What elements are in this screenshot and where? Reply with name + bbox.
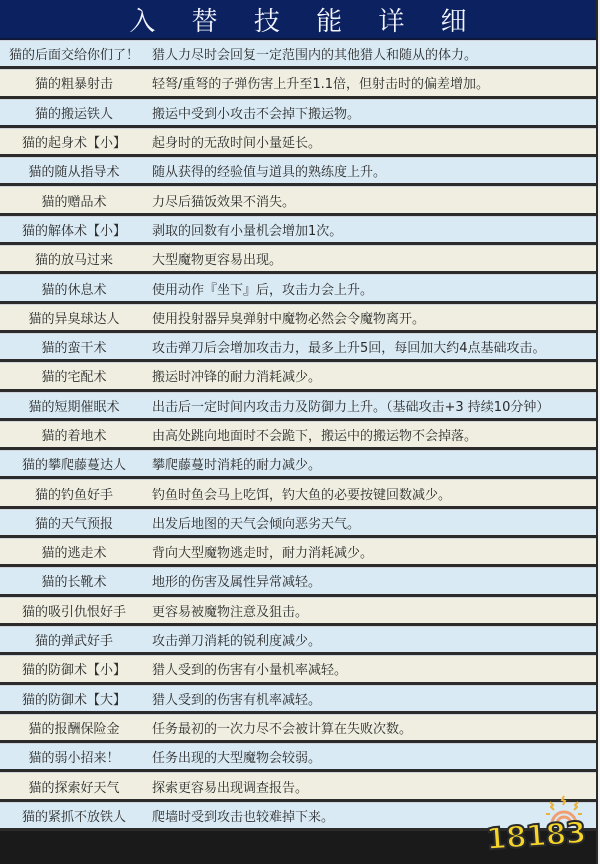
skill-name: 猫的宅配术 [0, 366, 150, 385]
table-row: 猫的短期催眠术出击后一定时间内攻击力及防御力上升。（基础攻击+3 持续10分钟） [0, 392, 596, 421]
table-header: 入 替 技 能 详 细 [0, 0, 596, 40]
skill-name: 猫的防御术【小】 [0, 659, 150, 678]
skill-description: 攀爬藤蔓时消耗的耐力减少。 [150, 454, 596, 473]
table-row: 猫的攀爬藤蔓达人攀爬藤蔓时消耗的耐力减少。 [0, 450, 596, 479]
skill-name: 猫的放马过来 [0, 249, 150, 268]
skill-description: 剥取的回数有小量机会增加1次。 [150, 220, 596, 239]
table-row: 猫的解体术【小】剥取的回数有小量机会增加1次。 [0, 216, 596, 245]
skill-name: 猫的钓鱼好手 [0, 484, 150, 503]
table-row: 猫的着地术由高处跳向地面时不会跪下，搬运中的搬运物不会掉落。 [0, 421, 596, 450]
skill-name: 猫的起身术【小】 [0, 132, 150, 151]
skill-name: 猫的蛮干术 [0, 337, 150, 356]
table-row: 猫的起身术【小】起身时的无敌时间小量延长。 [0, 128, 596, 157]
table-row: 猫的休息术使用动作『坐下』后，攻击力会上升。 [0, 274, 596, 303]
table-row: 猫的防御术【大】猎人受到的伤害有机率减轻。 [0, 685, 596, 714]
skill-description: 任务出现的大型魔物会较弱。 [150, 747, 596, 766]
skill-description: 猎人力尽时会回复一定范围内的其他猎人和随从的体力。 [150, 44, 596, 63]
skill-description: 起身时的无敌时间小量延长。 [150, 132, 596, 151]
skill-name: 猫的天气预报 [0, 513, 150, 532]
skill-description: 使用投射器异臭弹射中魔物必然会令魔物离开。 [150, 308, 596, 327]
skill-description: 搬运中受到小攻击不会掉下搬运物。 [150, 103, 596, 122]
skill-name: 猫的逃走术 [0, 542, 150, 561]
skill-description: 猎人受到的伤害有小量机率减轻。 [150, 659, 596, 678]
skill-name: 猫的攀爬藤蔓达人 [0, 454, 150, 473]
table-row: 猫的钓鱼好手钓鱼时鱼会马上吃饵，钓大鱼的必要按键回数减少。 [0, 479, 596, 508]
table-row: 猫的长靴术地形的伤害及属性异常减轻。 [0, 567, 596, 596]
table-row: 猫的搬运铁人搬运中受到小攻击不会掉下搬运物。 [0, 99, 596, 128]
table-row: 猫的防御术【小】猎人受到的伤害有小量机率减轻。 [0, 655, 596, 684]
table-row: 猫的弱小招来！任务出现的大型魔物会较弱。 [0, 743, 596, 772]
table-row: 猫的后面交给你们了！猎人力尽时会回复一定范围内的其他猎人和随从的体力。 [0, 40, 596, 69]
skill-description: 地形的伤害及属性异常减轻。 [150, 571, 596, 590]
skill-name: 猫的粗暴射击 [0, 73, 150, 92]
skill-name: 猫的长靴术 [0, 571, 150, 590]
page-title: 入 替 技 能 详 细 [115, 1, 480, 38]
skill-description: 由高处跳向地面时不会跪下，搬运中的搬运物不会掉落。 [150, 425, 596, 444]
table-row: 猫的宅配术搬运时冲锋的耐力消耗减少。 [0, 362, 596, 391]
skill-name: 猫的防御术【大】 [0, 689, 150, 708]
skill-description: 出发后地图的天气会倾向恶劣天气。 [150, 513, 596, 532]
skill-name: 猫的后面交给你们了！ [0, 44, 150, 63]
skill-description: 力尽后猫饭效果不消失。 [150, 191, 596, 210]
table-row: 猫的放马过来大型魔物更容易出现。 [0, 245, 596, 274]
skill-description: 出击后一定时间内攻击力及防御力上升。（基础攻击+3 持续10分钟） [150, 396, 596, 415]
skill-name: 猫的吸引仇恨好手 [0, 601, 150, 620]
skill-description: 攻击弹刀消耗的锐利度减少。 [150, 630, 596, 649]
skill-name: 猫的弱小招来！ [0, 747, 150, 766]
skill-name: 猫的解体术【小】 [0, 220, 150, 239]
skill-description: 猎人受到的伤害有机率减轻。 [150, 689, 596, 708]
skill-name: 猫的异臭球达人 [0, 308, 150, 327]
skill-name: 猫的搬运铁人 [0, 103, 150, 122]
table-row: 猫的蛮干术攻击弹刀后会增加攻击力，最多上升5回，每回加大约4点基础攻击。 [0, 333, 596, 362]
skill-description: 搬运时冲锋的耐力消耗减少。 [150, 366, 596, 385]
skill-list: 猫的后面交给你们了！猎人力尽时会回复一定范围内的其他猎人和随从的体力。猫的粗暴射… [0, 40, 596, 831]
site-watermark-logo: 18183 [486, 794, 590, 856]
table-row: 猫的随从指导术随从获得的经验值与道具的熟练度上升。 [0, 157, 596, 186]
skill-table: 入 替 技 能 详 细 猫的后面交给你们了！猎人力尽时会回复一定范围内的其他猎人… [0, 0, 598, 864]
watermark-text: 18183 [485, 816, 587, 858]
skill-name: 猫的随从指导术 [0, 161, 150, 180]
table-row: 猫的异臭球达人使用投射器异臭弹射中魔物必然会令魔物离开。 [0, 304, 596, 333]
table-row: 猫的赠品术力尽后猫饭效果不消失。 [0, 186, 596, 215]
skill-name: 猫的报酬保险金 [0, 718, 150, 737]
skill-name: 猫的弹武好手 [0, 630, 150, 649]
skill-name: 猫的探索好天气 [0, 777, 150, 796]
table-row: 猫的吸引仇恨好手更容易被魔物注意及狙击。 [0, 597, 596, 626]
skill-name: 猫的赠品术 [0, 191, 150, 210]
skill-description: 探索更容易出现调查报告。 [150, 777, 596, 796]
skill-description: 背向大型魔物逃走时，耐力消耗减少。 [150, 542, 596, 561]
skill-name: 猫的着地术 [0, 425, 150, 444]
table-row: 猫的粗暴射击轻弩/重弩的子弹伤害上升至1.1倍，但射击时的偏差增加。 [0, 69, 596, 98]
skill-description: 更容易被魔物注意及狙击。 [150, 601, 596, 620]
skill-description: 钓鱼时鱼会马上吃饵，钓大鱼的必要按键回数减少。 [150, 484, 596, 503]
skill-description: 使用动作『坐下』后，攻击力会上升。 [150, 279, 596, 298]
skill-description: 随从获得的经验值与道具的熟练度上升。 [150, 161, 596, 180]
table-row: 猫的弹武好手攻击弹刀消耗的锐利度减少。 [0, 626, 596, 655]
skill-description: 任务最初的一次力尽不会被计算在失败次数。 [150, 718, 596, 737]
table-row: 猫的逃走术背向大型魔物逃走时，耐力消耗减少。 [0, 538, 596, 567]
skill-name: 猫的休息术 [0, 279, 150, 298]
skill-description: 大型魔物更容易出现。 [150, 249, 596, 268]
skill-description: 轻弩/重弩的子弹伤害上升至1.1倍，但射击时的偏差增加。 [150, 73, 596, 92]
skill-name: 猫的紧抓不放铁人 [0, 806, 150, 825]
skill-name: 猫的短期催眠术 [0, 396, 150, 415]
table-row: 猫的报酬保险金任务最初的一次力尽不会被计算在失败次数。 [0, 714, 596, 743]
skill-description: 攻击弹刀后会增加攻击力，最多上升5回，每回加大约4点基础攻击。 [150, 337, 596, 356]
table-row: 猫的天气预报出发后地图的天气会倾向恶劣天气。 [0, 509, 596, 538]
